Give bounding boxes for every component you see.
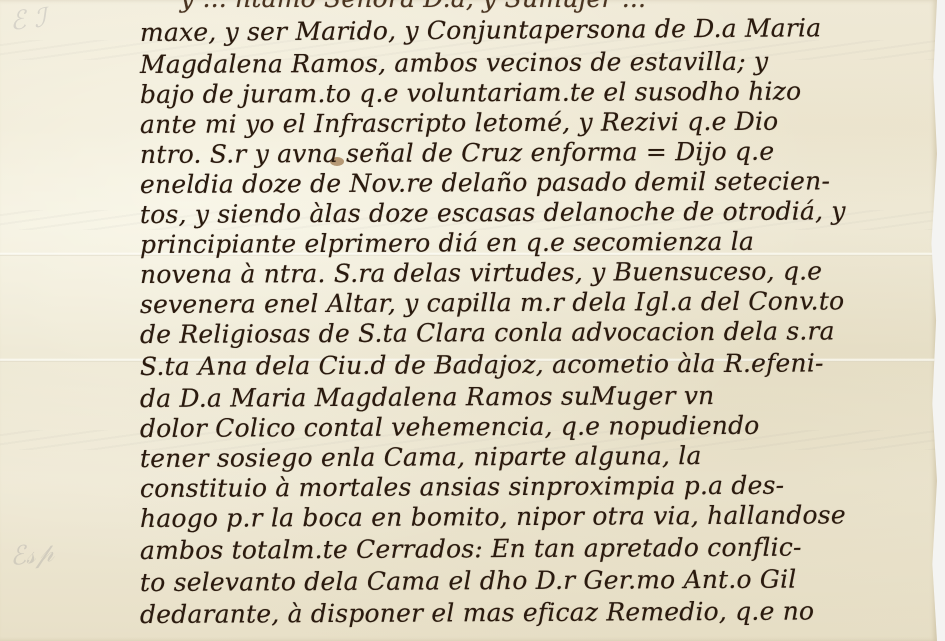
text-line: ntro. S.r y avna señal de Cruz enforma =…: [140, 137, 774, 169]
text-line: constituio à mortales ansias sinproximpi…: [140, 471, 784, 503]
manuscript-page: ℰ ℐ ℰ𝓈𝓅 y ... ntamo Senora D.a, y Sumuje…: [0, 0, 937, 641]
text-line: to selevanto dela Cama el dho D.r Ger.mo…: [140, 565, 797, 597]
text-line: tener sosiego enla Cama, niparte alguna,…: [140, 441, 702, 473]
text-line: de Religiosas de S.ta Clara conla advoca…: [140, 316, 835, 349]
text-line: dedarante, à disponer el mas eficaz Reme…: [140, 596, 814, 629]
margin-ghost-mark: ℰ𝓈𝓅: [8, 538, 55, 573]
text-line: sevenera enel Altar, y capilla m.r dela …: [140, 286, 844, 319]
text-line: ante mi yo el Infrascripto letomé, y Rez…: [140, 107, 779, 139]
text-line: Magdalena Ramos, ambos vecinos de estavi…: [140, 47, 768, 79]
text-line: bajo de juram.to q.e voluntariam.te el s…: [140, 77, 801, 109]
text-line: y ... ntamo Senora D.a, y Sumujer ...: [180, 0, 646, 13]
text-line: novena à ntra. S.ra delas virtudes, y Bu…: [140, 256, 822, 289]
text-line: maxe, y ser Marido, y Conjuntapersona de…: [140, 13, 821, 47]
text-line: haogo p.r la boca en bomito, nipor otra …: [140, 500, 846, 533]
text-line: dolor Colico contal vehemencia, q.e nopu…: [140, 411, 760, 443]
text-line: da D.a Maria Magdalena Ramos suMuger vn: [140, 381, 715, 413]
text-line: S.ta Ana dela Ciu.d de Badajoz, acometio…: [140, 348, 824, 381]
text-line: principiante elprimero diá en q.e secomi…: [140, 227, 754, 259]
margin-ghost-mark: ℰ ℐ: [9, 3, 48, 37]
text-line: tos, y siendo àlas doze escasas delanoch…: [140, 196, 846, 229]
text-line: ambos totalm.te Cerrados: En tan apretad…: [140, 533, 802, 565]
text-line: eneldia doze de Nov.re delaño pasado dem…: [140, 166, 830, 199]
